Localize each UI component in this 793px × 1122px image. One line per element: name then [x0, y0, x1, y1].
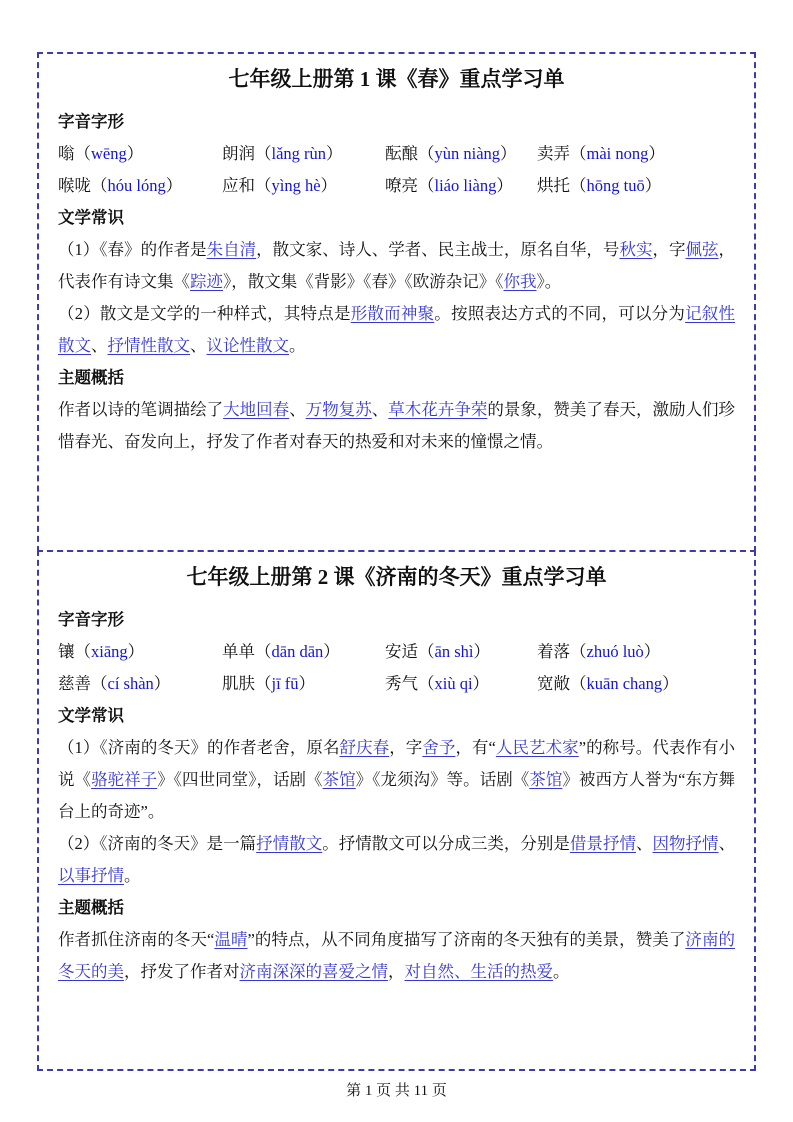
linked-term[interactable]: 抒情性散文: [108, 336, 191, 355]
word-item: 安适（ān shì）: [385, 636, 537, 668]
text-run: 烘托（: [537, 176, 587, 195]
linked-term[interactable]: 骆驼祥子: [91, 770, 157, 789]
text-run: 秀气（: [385, 674, 435, 693]
text-run: 宽敞（: [537, 674, 587, 693]
linked-term[interactable]: 佩弦: [686, 240, 719, 259]
linked-term[interactable]: 茶馆: [529, 770, 562, 789]
text-run: ）: [645, 176, 662, 195]
pinyin-text: yùn niàng: [435, 144, 501, 163]
text-run: ）: [326, 144, 343, 163]
text-run: ）: [154, 674, 171, 693]
document-page: 七年级上册第 1 课《春》重点学习单 字音字形 嗡（wēng） 朗润（lǎng …: [0, 0, 793, 1122]
text-run: 酝酿（: [385, 144, 435, 163]
word-item: 秀气（xiù qi）: [385, 668, 537, 700]
text-run: 作者以诗的笔调描绘了: [58, 400, 223, 419]
pinyin-text: mài nong: [587, 144, 649, 163]
text-run: 、: [636, 834, 653, 853]
text-run: ）: [496, 176, 513, 195]
section-title: 七年级上册第 2 课《济南的冬天》重点学习单: [58, 562, 735, 592]
pinyin-text: kuān chang: [587, 674, 663, 693]
word-item: 慈善（cí shàn）: [58, 668, 222, 700]
linked-term[interactable]: 舒庆春: [340, 738, 390, 757]
word-item: 单单（dān dān）: [222, 636, 385, 668]
text-run: 嗡（: [58, 144, 91, 163]
pinyin-text: dān dān: [272, 642, 324, 661]
text-run: 。: [289, 336, 306, 355]
linked-term[interactable]: 温晴: [214, 930, 247, 949]
pinyin-text: lǎng rùn: [272, 144, 327, 163]
literary-point-2: （2）散文是文学的一种样式，其特点是形散而神聚。按照表达方式的不同，可以分为记叙…: [58, 298, 735, 362]
pinyin-text: yìng hè: [272, 176, 321, 195]
heading-literary: 文学常识: [58, 700, 735, 732]
linked-term[interactable]: 对自然、生活的热爱: [405, 962, 554, 981]
text-run: 应和（: [222, 176, 272, 195]
literary-point-1: （1）《春》的作者是朱自清，散文家、诗人、学者、民主战士，原名自华，号秋实，字佩…: [58, 234, 735, 298]
text-run: 卖弄（: [537, 144, 587, 163]
pinyin-text: xiāng: [91, 642, 128, 661]
page-number-footer: 第 1 页 共 11 页: [0, 1080, 793, 1102]
text-run: 安适（: [385, 642, 435, 661]
linked-term[interactable]: 因物抒情: [653, 834, 719, 853]
text-run: ）: [127, 144, 144, 163]
linked-term[interactable]: 你我: [504, 272, 537, 291]
word-grid: 镶（xiāng） 单单（dān dān） 安适（ān shì） 着落（zhuó …: [58, 636, 735, 700]
text-run: 朗润（: [222, 144, 272, 163]
text-run: （1）《济南的冬天》的作者老舍，原名: [58, 738, 340, 757]
linked-term[interactable]: 借景抒情: [570, 834, 636, 853]
text-run: ）: [644, 642, 661, 661]
text-run: ，字: [652, 240, 685, 259]
text-run: ）: [648, 144, 665, 163]
word-item: 应和（yìng hè）: [222, 170, 385, 202]
pinyin-text: ān shì: [435, 642, 474, 661]
text-run: 喉咙（: [58, 176, 108, 195]
linked-term[interactable]: 大地回春: [223, 400, 289, 419]
text-run: ”的特点，从不同角度描写了济南的冬天独有的美景，赞美了: [248, 930, 686, 949]
text-run: （1）《春》的作者是: [58, 240, 207, 259]
text-run: 》《四世同堂》，话剧《: [157, 770, 322, 789]
word-item: 着落（zhuó luò）: [537, 636, 735, 668]
pinyin-text: zhuó luò: [587, 642, 644, 661]
theme-summary: 作者以诗的笔调描绘了大地回春、万物复苏、草木花卉争荣的景象，赞美了春天，激励人们…: [58, 394, 735, 458]
text-run: ）: [321, 176, 338, 195]
linked-term[interactable]: 秋实: [619, 240, 652, 259]
text-run: 肌肤（: [222, 674, 272, 693]
word-grid: 嗡（wēng） 朗润（lǎng rùn） 酝酿（yùn niàng） 卖弄（mà…: [58, 138, 735, 202]
text-run: ）: [500, 144, 517, 163]
text-run: 、: [91, 336, 108, 355]
text-run: 单单（: [222, 642, 272, 661]
word-item: 嘹亮（liáo liàng）: [385, 170, 537, 202]
literary-point-2: （2）《济南的冬天》是一篇抒情散文。抒情散文可以分成三类，分别是借景抒情、因物抒…: [58, 828, 735, 892]
text-run: 、: [289, 400, 306, 419]
study-card-lesson-2: 七年级上册第 2 课《济南的冬天》重点学习单 字音字形 镶（xiāng） 单单（…: [37, 550, 756, 1071]
text-run: 。: [124, 866, 141, 885]
pinyin-text: xiù qi: [435, 674, 473, 693]
text-run: ）: [473, 674, 490, 693]
text-run: ）: [662, 674, 679, 693]
text-run: 》，散文集《背影》《春》《欧游杂记》《: [223, 272, 504, 291]
heading-literary: 文学常识: [58, 202, 735, 234]
word-item: 烘托（hōng tuō）: [537, 170, 735, 202]
word-item: 酝酿（yùn niàng）: [385, 138, 537, 170]
linked-term[interactable]: 茶馆: [323, 770, 356, 789]
text-run: ，: [388, 962, 405, 981]
word-item: 朗润（lǎng rùn）: [222, 138, 385, 170]
text-run: 作者抓住济南的冬天“: [58, 930, 214, 949]
text-run: ）: [128, 642, 145, 661]
text-run: 。抒情散文可以分成三类，分别是: [322, 834, 570, 853]
text-run: ）: [323, 642, 340, 661]
study-card-lesson-1: 七年级上册第 1 课《春》重点学习单 字音字形 嗡（wēng） 朗润（lǎng …: [37, 52, 756, 552]
heading-phonetics: 字音字形: [58, 604, 735, 636]
linked-term[interactable]: 万物复苏: [306, 400, 372, 419]
linked-term[interactable]: 济南深深的喜爱之情: [240, 962, 389, 981]
linked-term[interactable]: 朱自清: [207, 240, 257, 259]
linked-term[interactable]: 抒情散文: [256, 834, 322, 853]
text-run: ，抒发了作者对: [124, 962, 240, 981]
word-item: 卖弄（mài nong）: [537, 138, 735, 170]
heading-theme: 主题概括: [58, 892, 735, 924]
word-item: 镶（xiāng）: [58, 636, 222, 668]
text-run: ）: [473, 642, 490, 661]
text-run: （2）散文是文学的一种样式，其特点是: [58, 304, 351, 323]
text-run: 慈善（: [58, 674, 108, 693]
text-run: ，散文家、诗人、学者、民主战士，原名自华，号: [256, 240, 619, 259]
pinyin-text: jī fū: [272, 674, 299, 693]
theme-summary: 作者抓住济南的冬天“温晴”的特点，从不同角度描写了济南的冬天独有的美景，赞美了济…: [58, 924, 735, 988]
text-run: ，有“: [455, 738, 495, 757]
linked-term[interactable]: 议论性散文: [207, 336, 290, 355]
text-run: ，字: [389, 738, 422, 757]
text-run: 。按照表达方式的不同，可以分为: [434, 304, 685, 323]
text-run: 嘹亮（: [385, 176, 435, 195]
text-run: 。: [553, 962, 570, 981]
text-run: 、: [372, 400, 389, 419]
pinyin-text: wēng: [91, 144, 127, 163]
text-run: ）: [299, 674, 316, 693]
text-run: 、: [719, 834, 736, 853]
linked-term[interactable]: 以事抒情: [58, 866, 124, 885]
pinyin-text: hóu lóng: [108, 176, 166, 195]
heading-phonetics: 字音字形: [58, 106, 735, 138]
linked-term[interactable]: 草木花卉争荣: [388, 400, 487, 419]
pinyin-text: liáo liàng: [435, 176, 497, 195]
heading-theme: 主题概括: [58, 362, 735, 394]
text-run: 、: [190, 336, 207, 355]
word-item: 肌肤（jī fū）: [222, 668, 385, 700]
word-item: 喉咙（hóu lóng）: [58, 170, 222, 202]
text-run: 》。: [537, 272, 562, 291]
text-run: 镶（: [58, 642, 91, 661]
pinyin-text: hōng tuō: [587, 176, 645, 195]
word-item: 宽敞（kuān chang）: [537, 668, 735, 700]
word-item: 嗡（wēng）: [58, 138, 222, 170]
section-title: 七年级上册第 1 课《春》重点学习单: [58, 64, 735, 94]
linked-term[interactable]: 踪迹: [190, 272, 223, 291]
pinyin-text: cí shàn: [108, 674, 154, 693]
text-run: 着落（: [537, 642, 587, 661]
text-run: ）: [166, 176, 183, 195]
text-run: （2）《济南的冬天》是一篇: [58, 834, 256, 853]
text-run: 》《龙须沟》等。话剧《: [356, 770, 530, 789]
linked-term[interactable]: 人民艺术家: [496, 738, 579, 757]
literary-point-1: （1）《济南的冬天》的作者老舍，原名舒庆春，字舍予，有“人民艺术家”的称号。代表…: [58, 732, 735, 828]
linked-term[interactable]: 舍予: [422, 738, 455, 757]
linked-term[interactable]: 形散而神聚: [351, 304, 435, 323]
